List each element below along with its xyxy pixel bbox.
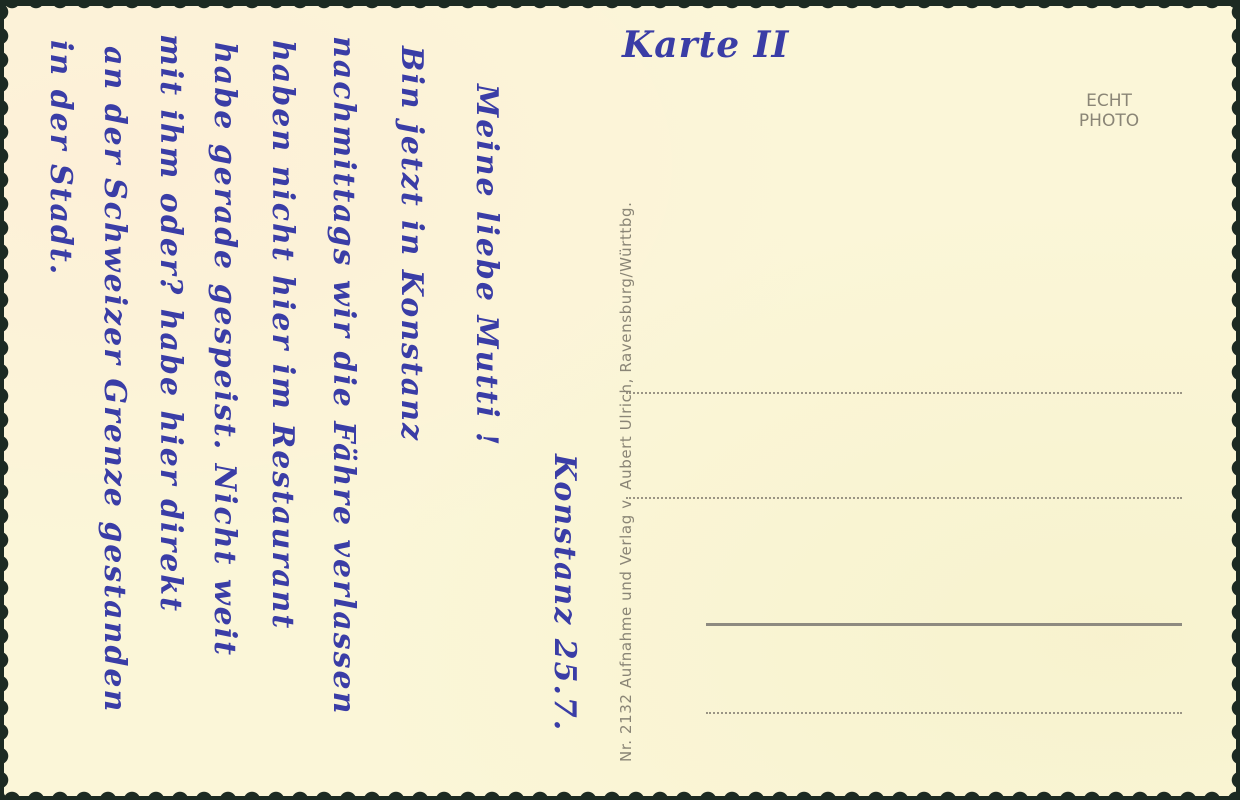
handwritten-line-4: haben nicht hier im Restaurant — [265, 40, 300, 630]
deckle-edge-right — [1230, 0, 1240, 800]
publisher-imprint: Nr. 2132 Aufnahme und Verlag v. Aubert U… — [617, 201, 635, 762]
photo-text: PHOTO — [1066, 111, 1152, 131]
card-label: Karte II — [622, 24, 789, 66]
handwritten-line-1: Meine liebe Mutti ! — [469, 84, 504, 447]
deckle-edge-top — [0, 0, 1240, 10]
handwritten-line-2: Bin jetzt in Konstanz — [394, 46, 429, 442]
deckle-edge-bottom — [0, 790, 1240, 800]
address-line-3 — [706, 623, 1182, 626]
echt-photo-mark: ECHT PHOTO — [1066, 91, 1152, 131]
handwritten-line-3: nachmittags wir die Fähre verlassen — [326, 36, 361, 715]
deckle-edge-left — [0, 0, 10, 800]
handwritten-line-7: an der Schweizer Grenze gestanden — [97, 46, 132, 713]
echt-text: ECHT — [1066, 91, 1152, 111]
postcard-back: Konstanz 25.7. Meine liebe Mutti ! Bin j… — [4, 6, 1236, 796]
address-line-4 — [706, 712, 1182, 714]
handwritten-line-8: in der Stadt. — [43, 40, 78, 276]
handwritten-line-5: habe gerade gespeist. Nicht weit — [207, 42, 242, 657]
address-line-2 — [626, 497, 1182, 499]
handwritten-line-6: mit ihm oder? habe hier direkt — [153, 34, 188, 613]
address-line-1 — [626, 392, 1182, 394]
handwritten-place-date: Konstanz 25.7. — [547, 454, 582, 732]
